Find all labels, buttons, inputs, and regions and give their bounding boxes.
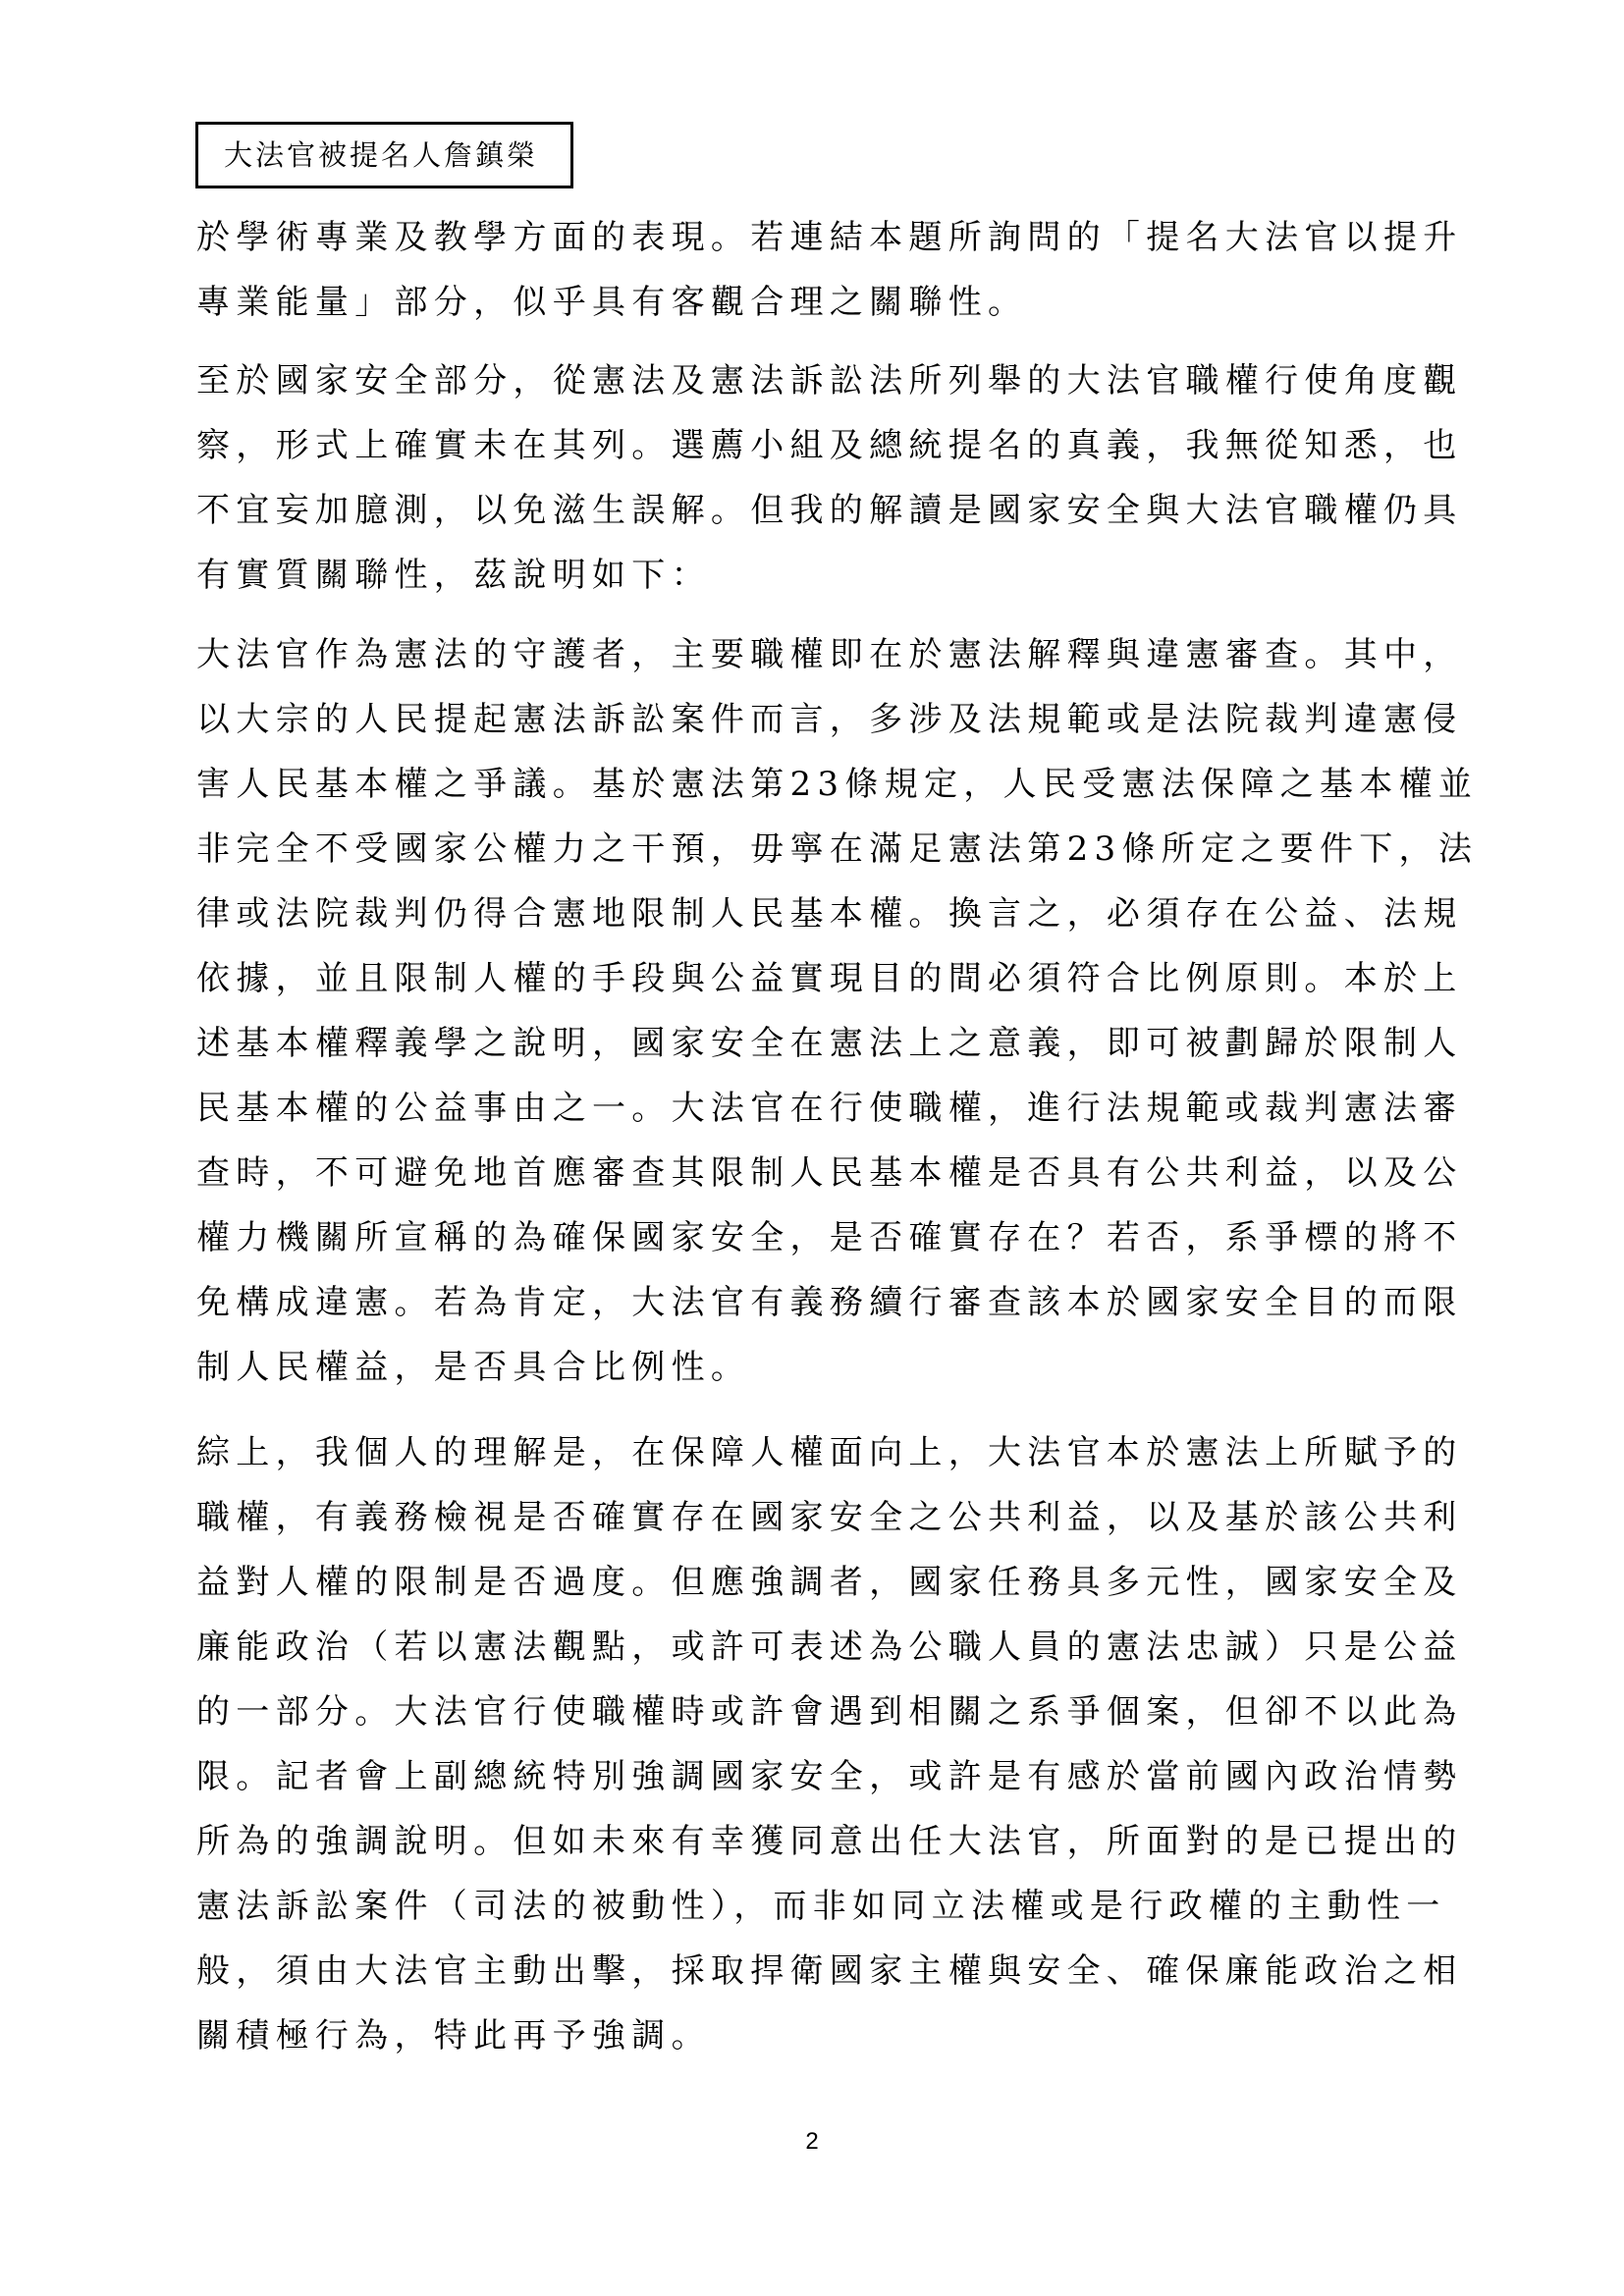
text-line: 制人民權益，是否具合比例性。 bbox=[196, 1346, 750, 1389]
text-line: 於學術專業及教學方面的表現。若連結本題所詢問的「提名大法官以提升 bbox=[196, 216, 1463, 259]
text-line: 民基本權的公益事由之一。大法官在行使職權，進行法規範或裁判憲法審 bbox=[196, 1087, 1463, 1130]
nominee-header-box: 大法官被提名人詹鎮榮 bbox=[195, 122, 573, 188]
text-line: 察，形式上確實未在其列。選薦小組及總統提名的真義，我無從知悉，也 bbox=[196, 424, 1463, 467]
text-line: 關積極行為，特此再予強調。 bbox=[196, 2014, 711, 2057]
text-line: 依據，並且限制人權的手段與公益實現目的間必須符合比例原則。本於上 bbox=[196, 957, 1463, 1000]
text-line: 限。記者會上副總統特別強調國家安全，或許是有感於當前國內政治情勢 bbox=[196, 1755, 1463, 1798]
text-line: 非完全不受國家公權力之干預，毋寧在滿足憲法第23條所定之要件下，法 bbox=[196, 828, 1478, 871]
nominee-header-label: 大法官被提名人詹鎮榮 bbox=[224, 138, 538, 172]
text-line: 般，須由大法官主動出擊，採取捍衛國家主權與安全、確保廉能政治之相 bbox=[196, 1949, 1463, 1993]
text-line: 專業能量」部分，似乎具有客觀合理之關聯性。 bbox=[196, 281, 1027, 324]
text-line: 綜上，我個人的理解是，在保障人權面向上，大法官本於憲法上所賦予的 bbox=[196, 1431, 1463, 1474]
text-line: 查時，不可避免地首應審查其限制人民基本權是否具有公共利益，以及公 bbox=[196, 1151, 1463, 1195]
text-line: 大法官作為憲法的守護者，主要職權即在於憲法解釋與違憲審查。其中， bbox=[196, 633, 1463, 676]
page-number: 2 bbox=[0, 2128, 1624, 2156]
text-line: 免構成違憲。若為肯定，大法官有義務續行審查該本於國家安全目的而限 bbox=[196, 1281, 1463, 1324]
text-line: 憲法訴訟案件（司法的被動性），而非如同立法權或是行政權的主動性一 bbox=[196, 1885, 1446, 1928]
text-line: 有實質關聯性，茲說明如下： bbox=[196, 554, 711, 597]
text-line: 廉能政治（若以憲法觀點，或許可表述為公職人員的憲法忠誠）只是公益 bbox=[196, 1626, 1463, 1669]
text-line: 不宜妄加臆測，以免滋生誤解。但我的解讀是國家安全與大法官職權仍具 bbox=[196, 489, 1463, 532]
text-line: 權力機關所宣稱的為確保國家安全，是否確實存在？若否，系爭標的將不 bbox=[196, 1216, 1463, 1259]
text-line: 所為的強調說明。但如未來有幸獲同意出任大法官，所面對的是已提出的 bbox=[196, 1820, 1463, 1863]
text-line: 害人民基本權之爭議。基於憲法第23條規定，人民受憲法保障之基本權並 bbox=[196, 763, 1478, 806]
text-line: 益對人權的限制是否過度。但應強調者，國家任務具多元性，國家安全及 bbox=[196, 1561, 1463, 1604]
text-line: 述基本權釋義學之說明，國家安全在憲法上之意義，即可被劃歸於限制人 bbox=[196, 1022, 1463, 1065]
text-line: 至於國家安全部分，從憲法及憲法訴訟法所列舉的大法官職權行使角度觀 bbox=[196, 359, 1463, 402]
text-line: 以大宗的人民提起憲法訴訟案件而言，多涉及法規範或是法院裁判違憲侵 bbox=[196, 698, 1463, 741]
text-line: 律或法院裁判仍得合憲地限制人民基本權。換言之，必須存在公益、法規 bbox=[196, 892, 1463, 935]
text-line: 的一部分。大法官行使職權時或許會遇到相關之系爭個案，但卻不以此為 bbox=[196, 1690, 1463, 1734]
text-line: 職權，有義務檢視是否確實存在國家安全之公共利益，以及基於該公共利 bbox=[196, 1496, 1463, 1539]
